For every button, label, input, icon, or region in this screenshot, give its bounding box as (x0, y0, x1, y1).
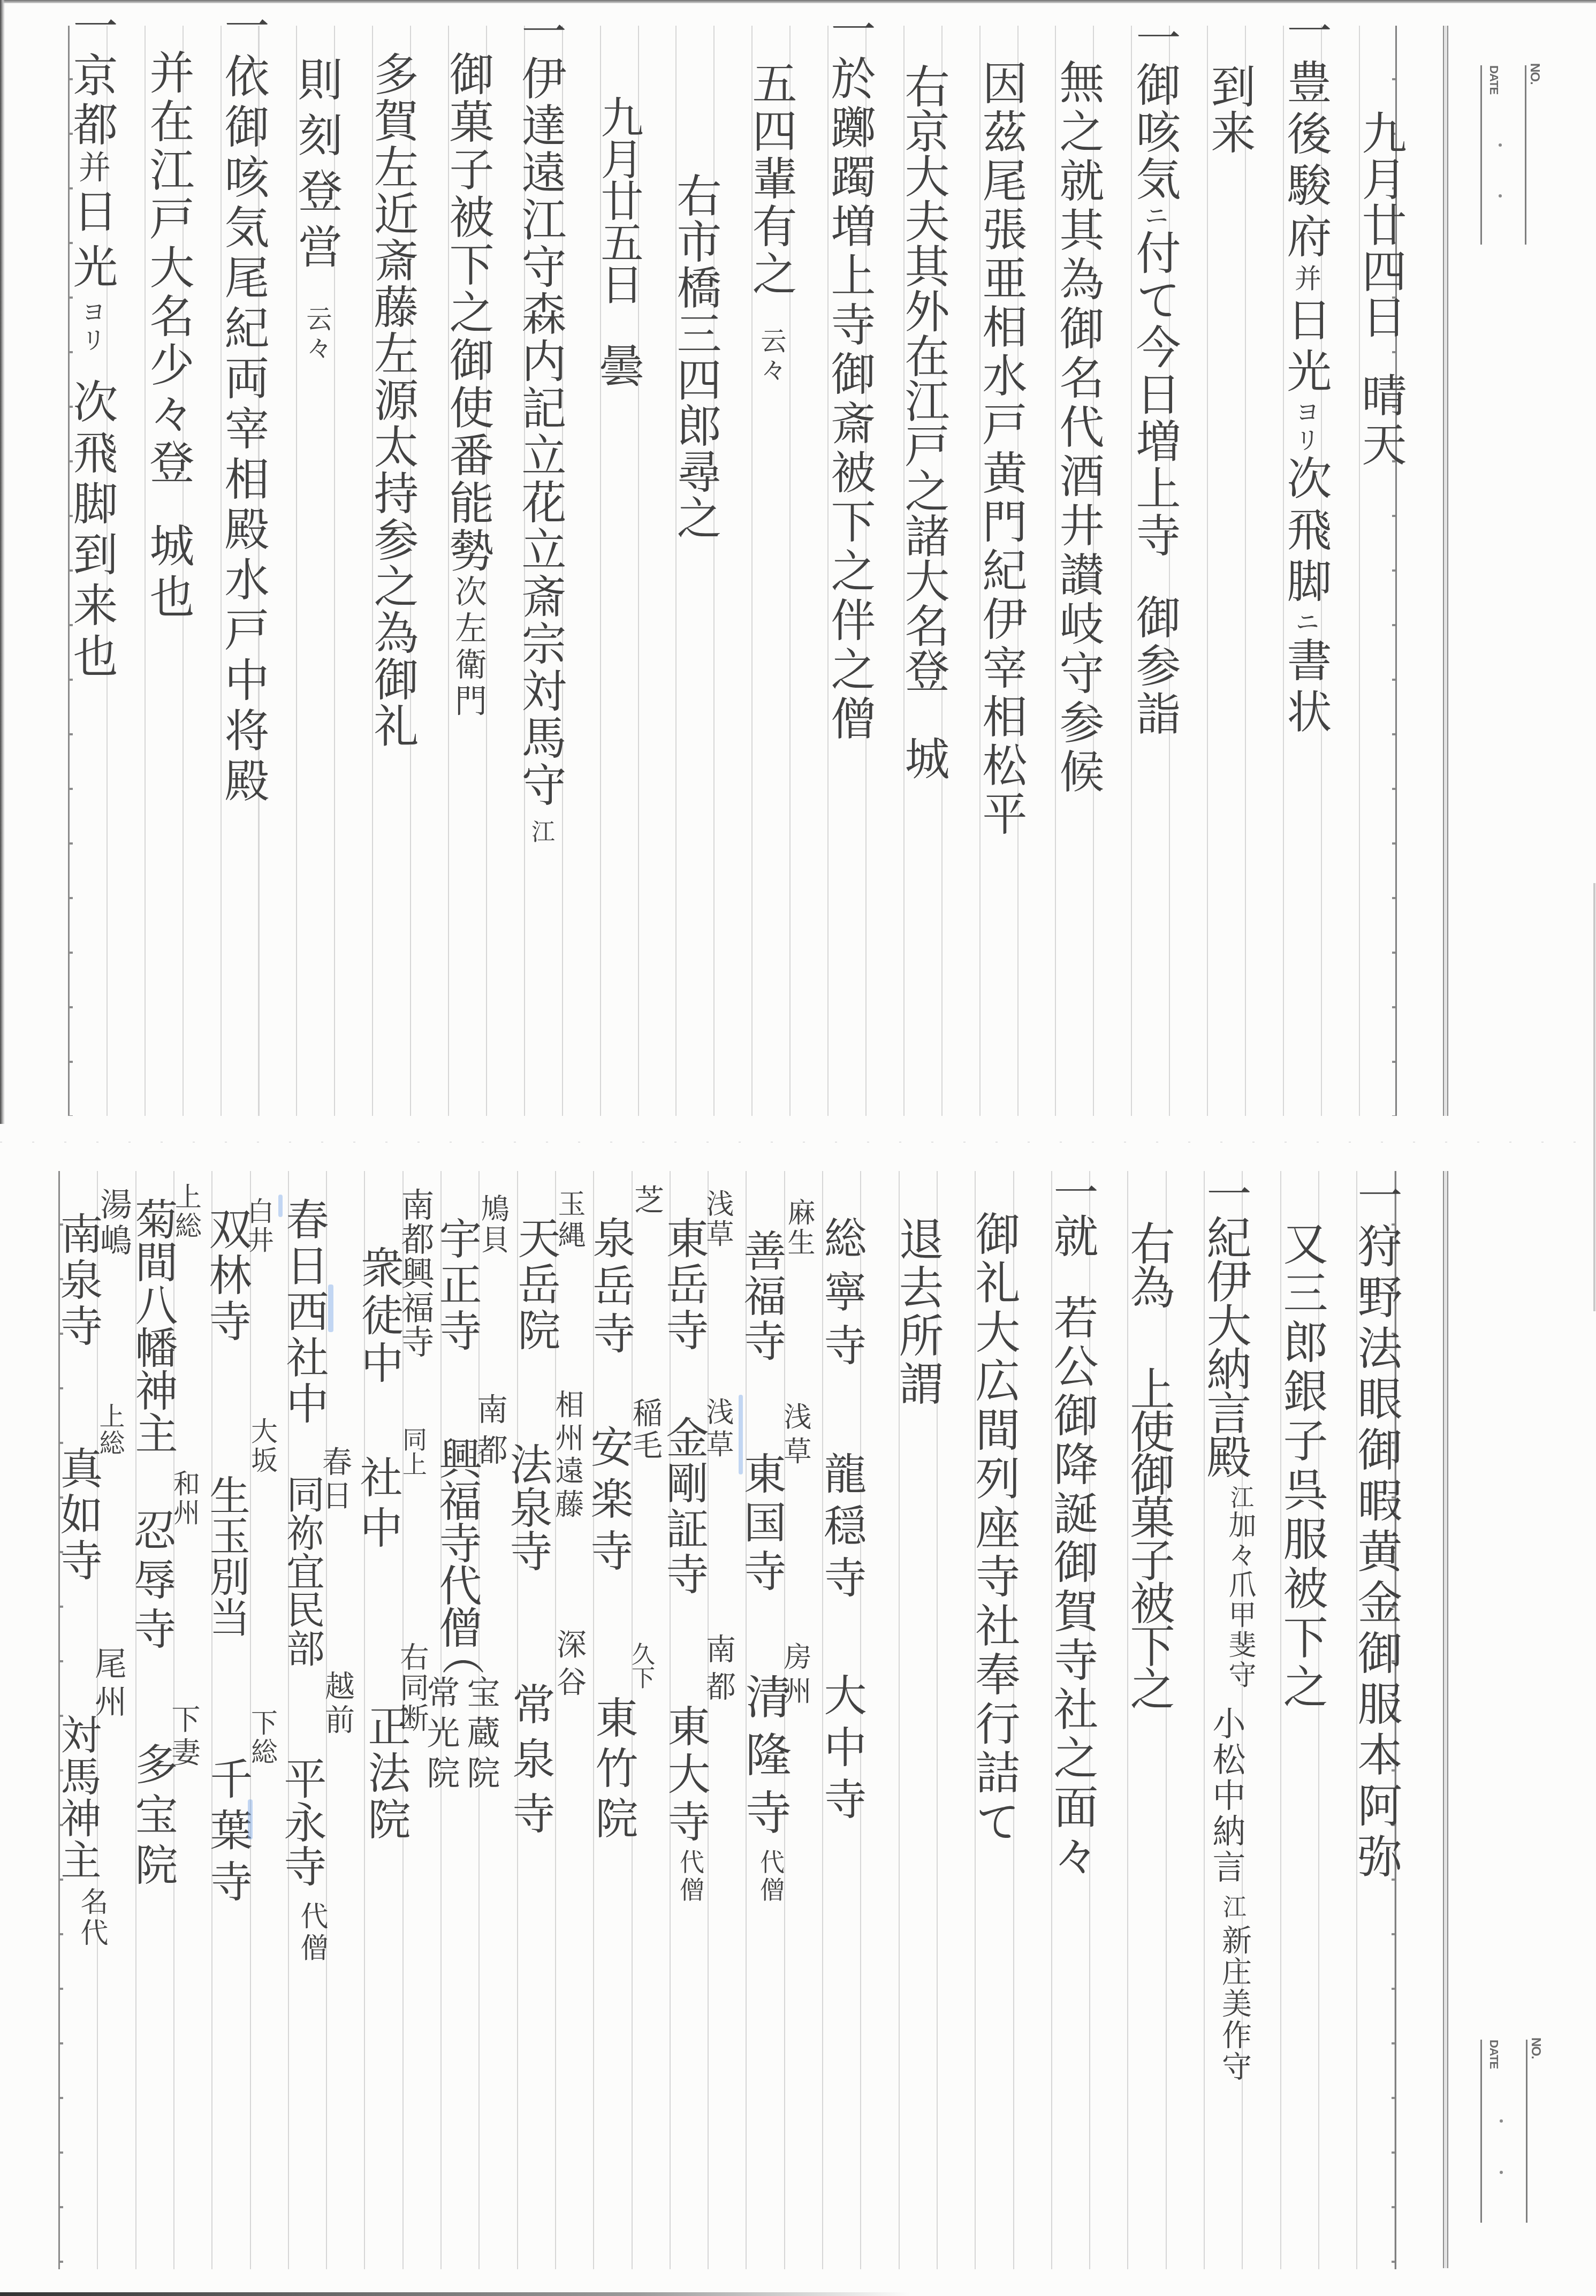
entry-name: 東国寺 (740, 1451, 782, 1598)
small-annotation: 次左衛門 (450, 575, 487, 720)
small-annotation: ヨリ (78, 299, 107, 355)
text-segment: 御菓子被下之御使番能勢 (442, 51, 495, 575)
highlight-mark (248, 1799, 253, 1839)
entry-name: 清隆寺 (741, 1673, 787, 1846)
entry-name: 宇正寺 (435, 1217, 478, 1355)
text-column-16: 一依御咳気尾紀両宰相殿水戸中将殿 (221, 3, 266, 808)
text-segment: 又三郎銀子呉服被下之 (1276, 1220, 1328, 1713)
text-column-6: 因茲尾張亜相水戸黄門紀伊宰相松平 (979, 60, 1024, 839)
small-annotation: 江 (527, 819, 554, 846)
text-column-1: 一狩野法眼御暇黄金御服本阿弥 (1354, 1172, 1399, 1884)
text-column-5: 一就若公御降誕御賀寺社之面々 (1050, 1169, 1095, 1882)
small-annotation: 江 (1220, 1895, 1244, 1921)
entry-name: 龍穏寺 (820, 1451, 863, 1607)
text-column-18: 一京都并日光ヨリ次飛脚到来也 (70, 3, 115, 683)
entry-place: 麻生 (785, 1198, 812, 1258)
text-column-9: 五四輩有之云々 (749, 60, 794, 385)
date-separator-dot (1499, 143, 1502, 147)
text-column-7: 右京大夫其外在江戸之諸大名登城 (901, 63, 946, 780)
entry-name: 正法院 (364, 1704, 407, 1844)
text-segment: 并在江戸大名少々登 (142, 49, 195, 488)
small-annotation: 云々 (756, 328, 786, 385)
entry-place: 越前 (322, 1670, 352, 1738)
no-field-label: NO. (1528, 63, 1541, 85)
entry-name: 大中寺 (820, 1673, 863, 1829)
highlight-mark (328, 1284, 333, 1332)
text-column-11: 九月廿五日曇 (596, 95, 641, 387)
text-segment: 一御咳気 (1129, 14, 1181, 203)
text-column-5: 無之就其為御名代酒井讃岐守参候 (1056, 59, 1101, 797)
text-column-3: 一紀伊大納言殿 (1203, 1170, 1248, 1478)
date-separator-dot (1500, 2119, 1503, 2123)
small-annotation: 小松中納言 (1210, 1706, 1243, 1886)
highlight-mark (739, 1395, 743, 1474)
weather: 晴天 (1355, 372, 1407, 470)
entry-name: 金剛証寺 (662, 1416, 705, 1598)
entry-name: 安楽寺 (587, 1425, 629, 1580)
column-gap (630, 304, 630, 343)
highlight-mark (278, 1195, 283, 1217)
text-segment: 一狩野法眼御暇黄金御服本阿弥 (1350, 1172, 1403, 1884)
text-segment: 一紀伊大納言殿 (1199, 1170, 1252, 1478)
text-segment: 右為 (1123, 1220, 1175, 1308)
bracket-mark: （ (438, 1630, 486, 1678)
text-segment: 一就 (1046, 1169, 1099, 1257)
column-gap (1167, 559, 1167, 594)
text-column-2: 又三郎銀子呉服被下之 (1280, 1220, 1325, 1713)
entry-place: 同上 (401, 1427, 425, 1476)
text-segment: 因茲尾張亜相水戸黄門紀伊宰相松平 (975, 60, 1028, 839)
entry-name: 総寧寺 (820, 1216, 863, 1377)
date-field-label: DATE (1487, 65, 1500, 94)
entry-name: 双林寺 (205, 1207, 248, 1345)
text-segment: 一豊後駿府 (1280, 7, 1332, 264)
small-annotation: 新庄美作守 (1219, 1925, 1249, 2082)
entry-place: 稲毛 (630, 1397, 660, 1462)
entry-place: 下総 (249, 1709, 276, 1767)
column-gap (936, 693, 936, 735)
column-gap (783, 298, 784, 328)
text-segment: 到来 (1204, 63, 1256, 155)
entry-place: 大坂 (249, 1417, 276, 1475)
column-gap (180, 488, 181, 522)
date-separator-dot (1499, 194, 1502, 197)
entry-name: 東大寺 (664, 1704, 706, 1847)
text-column-4: 一御咳気ニ付て今日増上寺御参詣 (1133, 14, 1177, 739)
entry-name: 千葉寺 (206, 1757, 249, 1911)
text-column-4: 右為上使御菓子被下之 (1127, 1220, 1172, 1708)
entry-place: 芝 (632, 1184, 662, 1214)
text-column-15: 則刻登営云々 (294, 56, 339, 363)
entry-name: 同祢宜民部 (283, 1474, 322, 1667)
text-segment: 上使御菓子被下之 (1123, 1366, 1175, 1708)
small-annotation: 并 (1290, 264, 1321, 296)
text-segment: 右市橋三四郎尋之 (670, 172, 722, 541)
column-gap (1084, 1257, 1085, 1294)
text-column-12: 一伊達遠江守森内記立花立斎宗対馬守江 (518, 8, 563, 846)
no-field-line (1525, 65, 1526, 245)
double-margin-line (1443, 1171, 1448, 2268)
date-heading: 九月廿四日 (1355, 110, 1407, 340)
entry-note: 代僧 (678, 1849, 703, 1905)
column-gap (104, 355, 104, 378)
small-annotation: 江 (1228, 1485, 1251, 1512)
text-segment: 一依御咳気尾紀両宰相殿水戸中将殿 (217, 3, 270, 808)
entry-name: 忍辱寺 (130, 1508, 172, 1656)
text-segment: 城也 (142, 522, 195, 624)
text-segment: 無之就其為御名代酒井讃岐守参候 (1052, 59, 1105, 797)
no-field-line (1526, 2040, 1527, 2223)
entry-sub-item: 宝蔵院 (464, 1675, 497, 1796)
date-separator-dot (1500, 2171, 1503, 2174)
text-segment: 退去所謂 (892, 1216, 944, 1409)
entry-place: 南都 (703, 1633, 733, 1708)
entry-name: 真如寺 (56, 1446, 99, 1584)
entry-place: 久下 (629, 1642, 652, 1689)
entry-name: 常泉寺 (508, 1682, 551, 1846)
text-segment: 一於躑躅増上寺御斎被下之伴之僧 (824, 6, 876, 744)
text-column-2: 一豊後駿府并日光ヨリ次飛脚ニ書状 (1283, 7, 1328, 740)
entry-name: 天岳院 (514, 1216, 557, 1354)
entry-place: 深谷 (554, 1629, 584, 1704)
text-column-6: 御礼大広間列座寺社奉行詰て (972, 1211, 1017, 1848)
column-gap (329, 279, 329, 306)
column-gap (552, 809, 553, 819)
date-field-line (1480, 65, 1482, 245)
small-annotation: ニ (1141, 203, 1169, 230)
double-margin-line (1443, 26, 1448, 1116)
entry-name: 南泉寺 (56, 1212, 99, 1350)
text-segment: 多賀左近斎藤左源太持参之為御礼 (367, 51, 419, 749)
small-annotation: 加々爪甲斐守 (1226, 1510, 1253, 1690)
text-segment: 一伊達遠江守森内記立花立斎宗対馬守 (514, 8, 567, 809)
no-field-label: NO. (1529, 2037, 1542, 2059)
text-segment: 五四輩有之 (745, 60, 797, 298)
text-segment: 御参詣 (1129, 594, 1181, 739)
entry-name: 東岳寺 (662, 1216, 705, 1354)
entry-name: 法泉寺 (506, 1442, 549, 1572)
weather: 曇 (592, 343, 644, 387)
text-segment: 城 (898, 735, 950, 780)
entry-name: 春日西社中 (282, 1197, 325, 1427)
scan-edge-right (1593, 883, 1595, 1311)
date-heading: 九月廿五日 (594, 95, 643, 304)
entry-name: 衆徒中 (357, 1245, 400, 1388)
text-column-17: 并在江戸大名少々登城也 (146, 49, 191, 624)
entry-name: 泉岳寺 (589, 1216, 632, 1359)
entry-name: 善福寺 (740, 1229, 782, 1364)
text-column-10: 右市橋三四郎尋之 (673, 172, 718, 541)
text-column-3: 到来 (1207, 63, 1252, 155)
text-segment: 則刻登営 (291, 56, 343, 279)
text-segment: 御礼大広間列座寺社奉行詰て (968, 1211, 1021, 1848)
column-gap (1161, 1308, 1161, 1366)
page-fold-line (0, 1142, 1596, 1143)
entry-place: 鳩貝 (478, 1193, 507, 1256)
entry-name: 東竹院 (591, 1696, 634, 1846)
scan-edge-bottom (0, 2292, 910, 2296)
text-segment: 書状 (1280, 637, 1332, 740)
scan-edge-left (0, 0, 5, 1124)
small-annotation: 并 (73, 150, 111, 188)
entry-name: 対馬神主 (57, 1714, 98, 1881)
text-column-7: 退去所謂 (895, 1216, 940, 1409)
entry-name: 社中 (356, 1455, 399, 1556)
small-annotation: ニ (1291, 609, 1320, 637)
entry-name: 平永寺 (280, 1757, 323, 1888)
entry-name: 多宝院 (131, 1742, 174, 1893)
date-field-label: DATE (1487, 2040, 1500, 2069)
text-column-14: 多賀左近斎藤左源太持参之為御礼 (370, 51, 415, 749)
entry-note: 名代 (78, 1887, 105, 1949)
text-column-1: 九月廿四日晴天 (1358, 110, 1403, 470)
text-segment: 若公御降誕御賀寺社之面々 (1046, 1294, 1099, 1882)
text-segment: 次飛脚到来也 (66, 378, 118, 683)
text-segment: 一京都 (66, 3, 118, 150)
text-column-13: 御菓子被下之御使番能勢次左衛門 (446, 51, 491, 720)
text-segment: 付て今日増上寺 (1129, 230, 1181, 559)
date-field-line (1480, 2040, 1482, 2223)
text-segment: 次飛脚 (1280, 455, 1332, 609)
small-annotation: 云々 (302, 306, 332, 363)
entry-name: 菊間八幡神主 (131, 1197, 174, 1454)
text-segment: 右京大夫其外在江戸之諸大名登 (898, 63, 950, 693)
text-segment: 日光 (1280, 296, 1332, 399)
entry-name: 興福寺代僧 (435, 1436, 478, 1648)
column-gap (1393, 340, 1393, 372)
entry-note: 代僧 (298, 1902, 325, 1965)
entry-name: 生玉別当 (206, 1474, 247, 1637)
text-segment: 日光 (66, 188, 118, 299)
entry-place: 尾州 (92, 1647, 124, 1723)
text-column-8: 一於躑躅増上寺御斎被下之伴之僧 (827, 6, 872, 744)
small-annotation: ヨリ (1291, 399, 1320, 455)
entry-place: 相州遠藤 (553, 1389, 582, 1522)
entry-note: 代僧 (758, 1849, 783, 1905)
